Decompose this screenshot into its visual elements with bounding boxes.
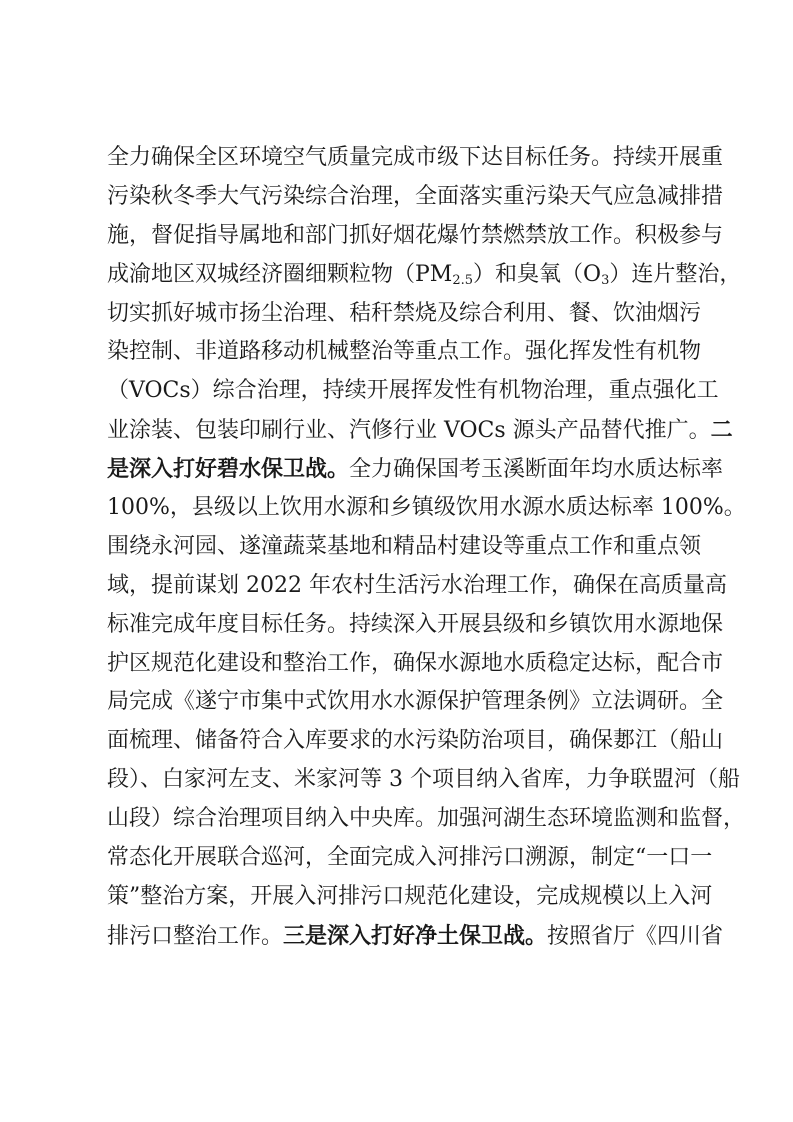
text-line: （VOCs）综合治理，持续开展挥发性有机物治理，重点强化工 [107, 372, 694, 411]
text-line: 切实抓好城市扬尘治理、秸秆禁烧及综合利用、餐、饮油烟污 [107, 295, 694, 334]
subscript-text: 2.5 [452, 273, 473, 288]
text-line: 染控制、非道路移动机械整治等重点工作。强化挥发性有机物 [107, 333, 694, 372]
text-segment: 按照省厅《四川省 [547, 924, 723, 949]
text-segment: ）和臭氧（O [473, 262, 601, 287]
text-line: 业涂装、包装印刷行业、汽修行业 VOCs 源头产品替代推广。二 [107, 411, 694, 450]
text-segment: 全力确保全区环境空气质量完成市级下达目标任务。持续开展重 [107, 145, 723, 170]
text-segment: 策”整治方案，开展入河排污口规范化建设，完成规模以上入河 [107, 884, 712, 909]
text-line: 段）、白家河左支、米家河等 3 个项目纳入省库，力争联盟河（船 [107, 761, 694, 800]
bold-heading-text: 三是深入打好净土保卫战。 [283, 923, 547, 949]
text-segment: 域，提前谋划 2022 年农村生活污水治理工作，确保在高质量高 [107, 573, 727, 598]
text-line: 面梳理、储备符合入库要求的水污染防治项目，确保郪江（船山 [107, 722, 694, 761]
text-segment: 段）、白家河左支、米家河等 3 个项目纳入省库，力争联盟河（船 [107, 767, 740, 792]
text-line: 全力确保全区环境空气质量完成市级下达目标任务。持续开展重 [107, 139, 694, 178]
text-segment: 常态化开展联合巡河，全面完成入河排污口溯源，制定“一口一 [107, 845, 712, 870]
body-paragraph: 全力确保全区环境空气质量完成市级下达目标任务。持续开展重污染秋冬季大气污染综合治… [107, 139, 694, 956]
text-line: 护区规范化建设和整治工作，确保水源地水质稳定达标，配合市 [107, 645, 694, 684]
text-line: 排污口整治工作。三是深入打好净土保卫战。按照省厅《四川省 [107, 917, 694, 956]
text-segment: ）连片整治， [609, 262, 741, 287]
bold-heading-text: 二 [711, 417, 733, 443]
text-line: 是深入打好碧水保卫战。全力确保国考玉溪断面年均水质达标率 [107, 450, 694, 489]
text-segment: 山段）综合治理项目纳入中央库。加强河湖生态环境监测和监督， [107, 806, 745, 831]
text-segment: 成渝地区双城经济圈细颗粒物（PM [107, 262, 452, 287]
text-segment: 污染秋冬季大气污染综合治理，全面落实重污染天气应急减排措 [107, 184, 723, 209]
text-segment: 施，督促指导属地和部门抓好烟花爆竹禁燃禁放工作。积极参与 [107, 223, 723, 248]
bold-heading-text: 是深入打好碧水保卫战。 [107, 456, 349, 482]
text-segment: 排污口整治工作。 [107, 924, 283, 949]
text-line: 策”整治方案，开展入河排污口规范化建设，完成规模以上入河 [107, 878, 694, 917]
text-segment: 100%，县级以上饮用水源和乡镇级饮用水源水质达标率 100%。 [107, 495, 746, 520]
text-line: 污染秋冬季大气污染综合治理，全面落实重污染天气应急减排措 [107, 178, 694, 217]
text-segment: 全力确保国考玉溪断面年均水质达标率 [349, 457, 723, 482]
text-segment: 业涂装、包装印刷行业、汽修行业 VOCs 源头产品替代推广。 [107, 418, 711, 443]
text-line: 常态化开展联合巡河，全面完成入河排污口溯源，制定“一口一 [107, 839, 694, 878]
text-segment: （VOCs）综合治理，持续开展挥发性有机物治理，重点强化工 [107, 378, 719, 403]
text-segment: 标准完成年度目标任务。持续深入开展县级和乡镇饮用水源地保 [107, 612, 723, 637]
text-line: 域，提前谋划 2022 年农村生活污水治理工作，确保在高质量高 [107, 567, 694, 606]
text-line: 100%，县级以上饮用水源和乡镇级饮用水源水质达标率 100%。 [107, 489, 694, 528]
text-segment: 围绕永河园、遂潼蔬菜基地和精品村建设等重点工作和重点领 [107, 534, 701, 559]
text-segment: 局完成《遂宁市集中式饮用水水源保护管理条例》立法调研。全 [107, 689, 723, 714]
document-page: 全力确保全区环境空气质量完成市级下达目标任务。持续开展重污染秋冬季大气污染综合治… [0, 0, 793, 1122]
text-line: 局完成《遂宁市集中式饮用水水源保护管理条例》立法调研。全 [107, 683, 694, 722]
text-segment: 切实抓好城市扬尘治理、秸秆禁烧及综合利用、餐、饮油烟污 [107, 301, 701, 326]
text-line: 围绕永河园、遂潼蔬菜基地和精品村建设等重点工作和重点领 [107, 528, 694, 567]
text-segment: 面梳理、储备符合入库要求的水污染防治项目，确保郪江（船山 [107, 728, 723, 753]
text-line: 标准完成年度目标任务。持续深入开展县级和乡镇饮用水源地保 [107, 606, 694, 645]
text-segment: 染控制、非道路移动机械整治等重点工作。强化挥发性有机物 [107, 339, 701, 364]
text-line: 山段）综合治理项目纳入中央库。加强河湖生态环境监测和监督， [107, 800, 694, 839]
text-line: 成渝地区双城经济圈细颗粒物（PM2.5）和臭氧（O3）连片整治， [107, 256, 694, 295]
text-line: 施，督促指导属地和部门抓好烟花爆竹禁燃禁放工作。积极参与 [107, 217, 694, 256]
text-segment: 护区规范化建设和整治工作，确保水源地水质稳定达标，配合市 [107, 651, 723, 676]
